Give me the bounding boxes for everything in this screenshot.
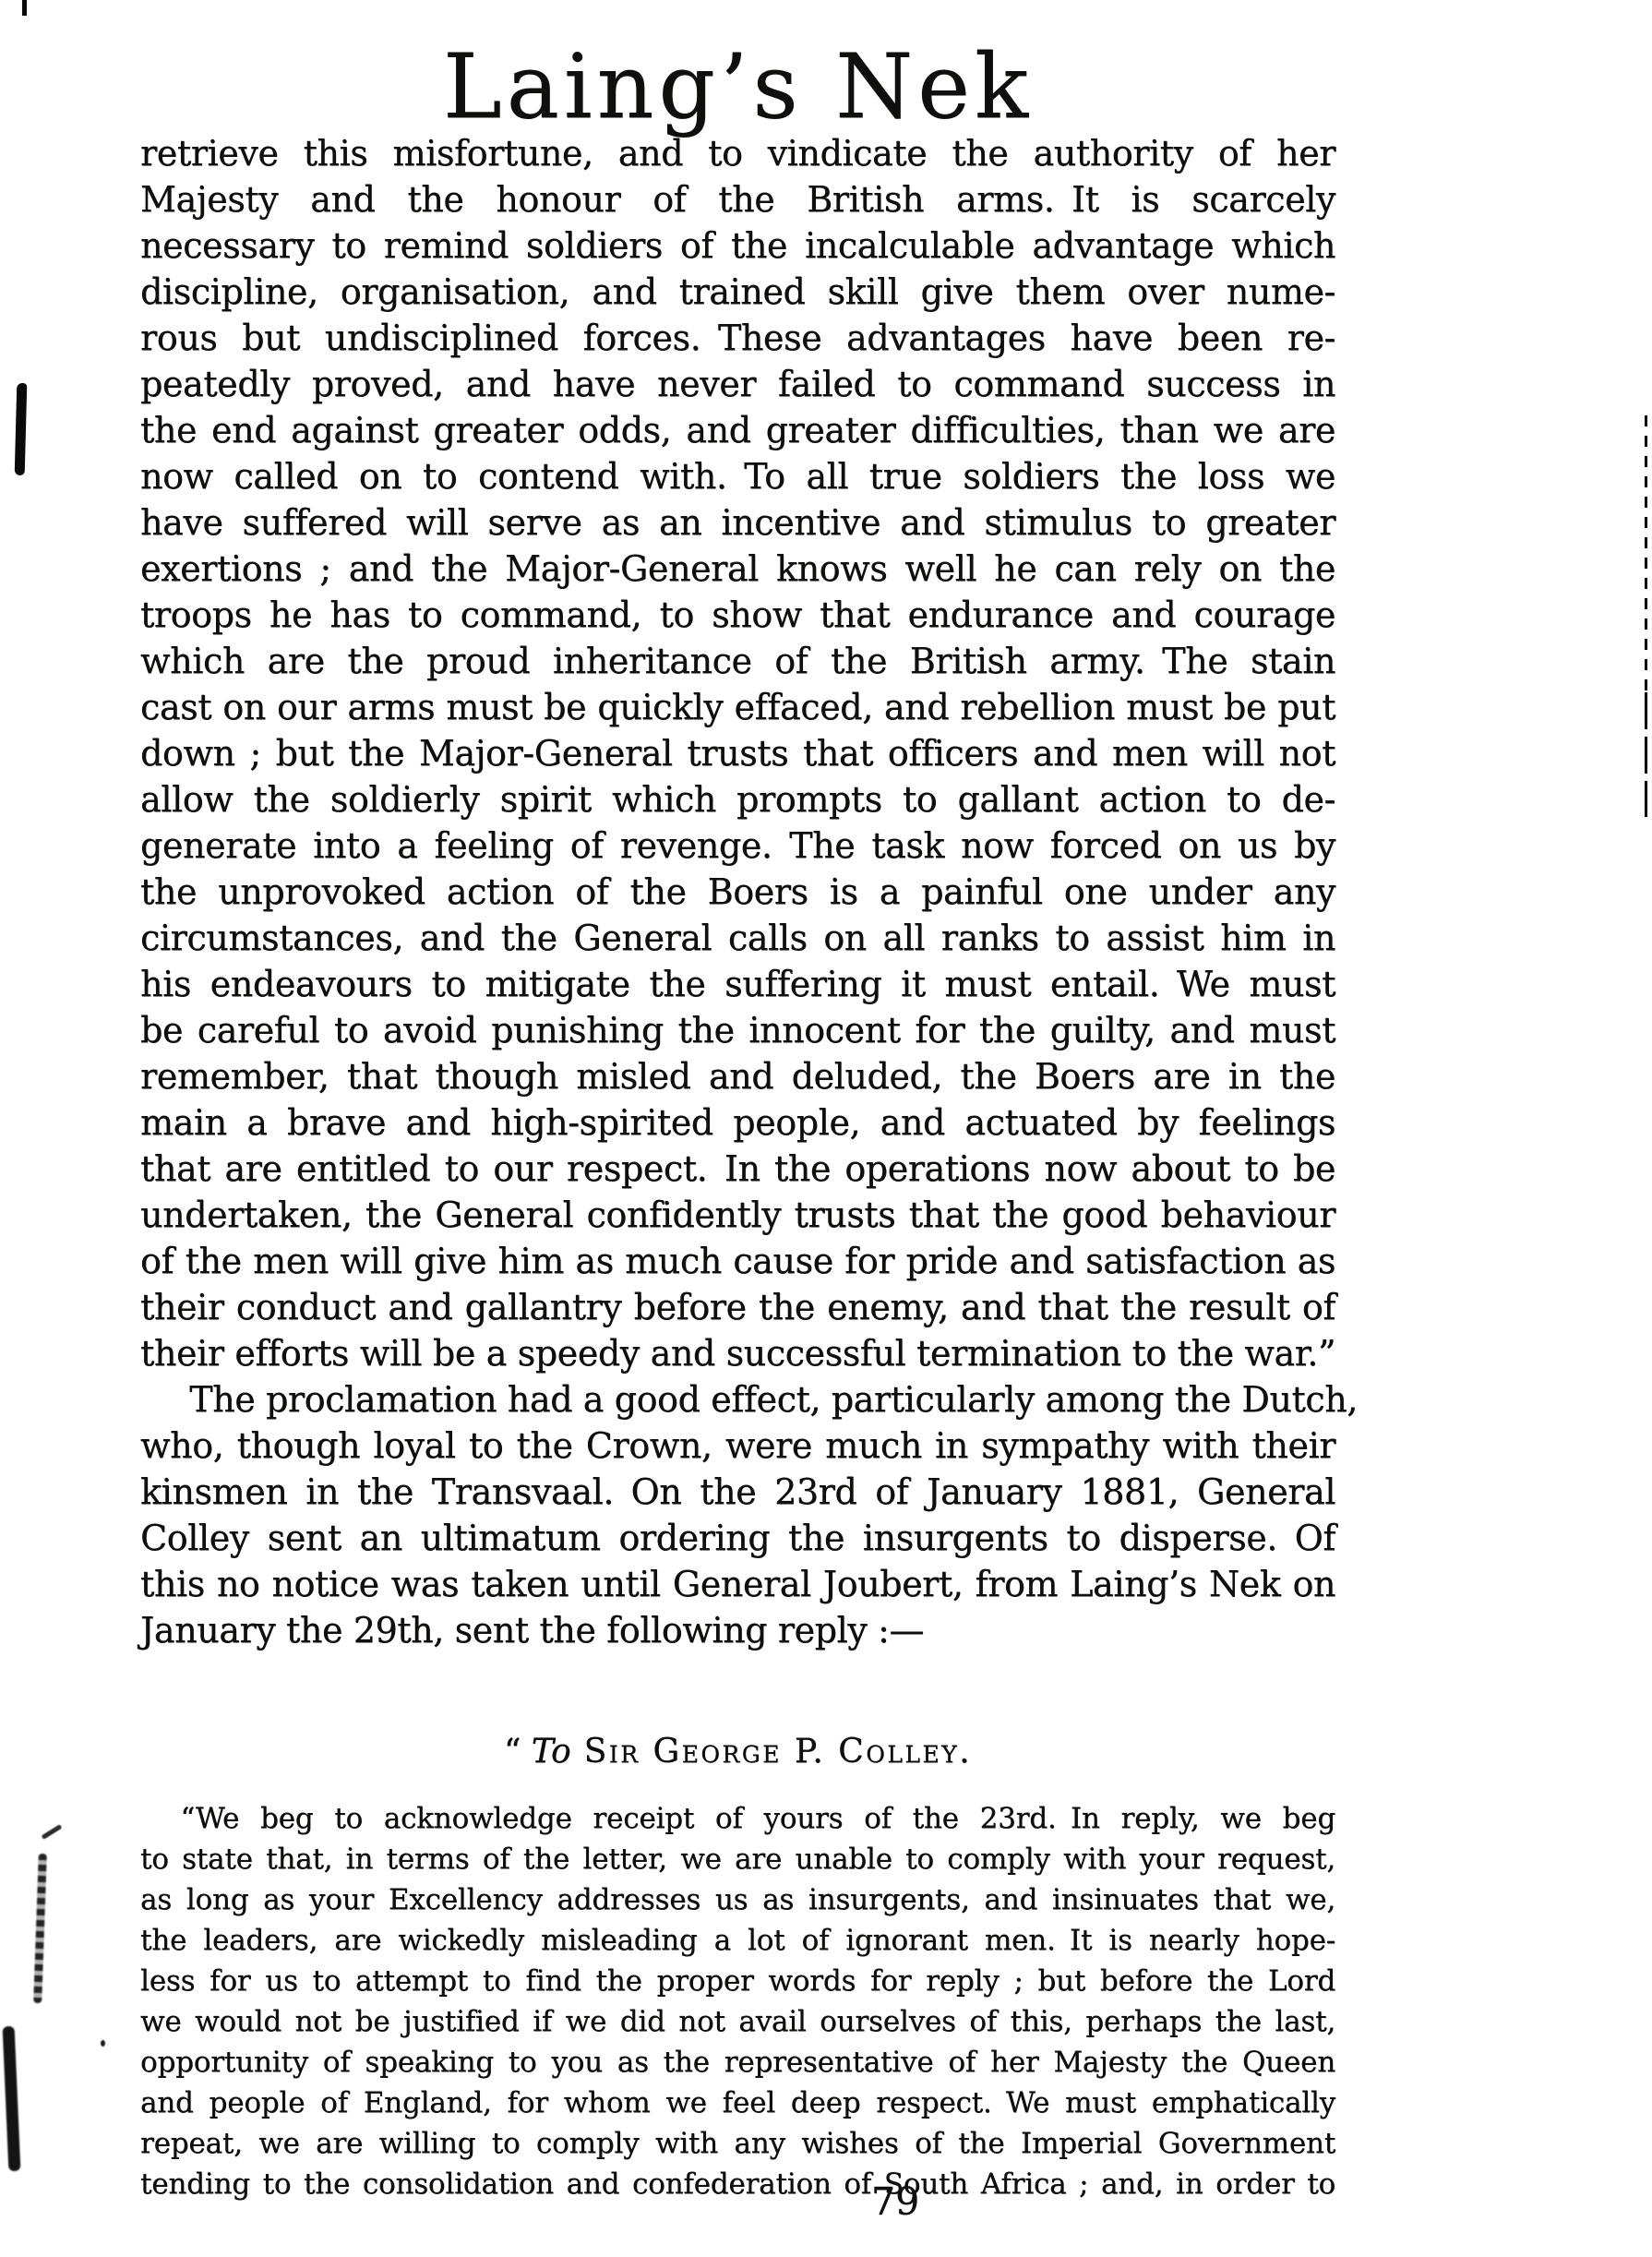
scan-artifact-right-edge-line: [1645, 692, 1647, 817]
text-line: down ; but the Major-General trusts that…: [140, 730, 1335, 776]
page-number: 79: [738, 2180, 1052, 2223]
text-line: the unprovoked action of the Boers is a …: [140, 869, 1335, 915]
text-line: less for us to attempt to find the prope…: [140, 1961, 1335, 2001]
text-line: opportunity of speaking to you as the re…: [140, 2042, 1335, 2083]
text-line: repeat, we are willing to comply with an…: [140, 2123, 1335, 2164]
text-line: their conduct and gallantry before the e…: [140, 1284, 1335, 1330]
text-line: who, though loyal to the Crown, were muc…: [140, 1423, 1335, 1469]
text-line: discipline, organisation, and trained sk…: [140, 269, 1335, 315]
text-line: rous but undisciplined forces. These adv…: [140, 315, 1335, 361]
text-line: be careful to avoid punishing the innoce…: [140, 1007, 1335, 1053]
text-line: January the 29th, sent the following rep…: [140, 1607, 1335, 1653]
page-title: Laing’s Nek: [140, 41, 1335, 133]
text-line: Colley sent an ultimatum ordering the in…: [140, 1515, 1335, 1561]
text-line: as long as your Excellency addresses us …: [140, 1879, 1335, 1920]
text-line: his endeavours to mitigate the suffering…: [140, 961, 1335, 1007]
opening-quote-mark: “: [504, 1733, 532, 1771]
text-line: their efforts will be a speedy and succe…: [140, 1330, 1335, 1376]
text-line: this no notice was taken until General J…: [140, 1561, 1335, 1607]
text-line: peatedly proved, and have never failed t…: [140, 361, 1335, 407]
text-line: The proclamation had a good effect, part…: [140, 1376, 1335, 1423]
text-line: which are the proud inheritance of the B…: [140, 638, 1335, 684]
letter-salutation-name: Sir George P. Colley.: [571, 1733, 973, 1771]
text-line: to state that, in terms of the letter, w…: [140, 1839, 1335, 1879]
text-line: the end against greater odds, and greate…: [140, 407, 1335, 453]
text-line: cast on our arms must be quickly effaced…: [140, 684, 1335, 730]
text-line: “We beg to acknowledge receipt of yours …: [140, 1798, 1335, 1839]
text-line: circumstances, and the General calls on …: [140, 915, 1335, 961]
text-line: main a brave and high-spirited people, a…: [140, 1099, 1335, 1146]
scan-artifact-right-edge-dotted-line: [1645, 415, 1647, 692]
text-line: generate into a feeling of revenge. The …: [140, 822, 1335, 869]
scan-artifact-ink-dot: [101, 2040, 105, 2047]
text-line: remember, that though misled and deluded…: [140, 1053, 1335, 1099]
text-line: of the men will give him as much cause f…: [140, 1238, 1335, 1284]
scan-artifact-margin-smudge-upper: [33, 1854, 47, 2003]
text-line: that are entitled to our respect. In the…: [140, 1146, 1335, 1192]
text-line: exertions ; and the Major-General knows …: [140, 546, 1335, 592]
text-line: necessary to remind soldiers of the inca…: [140, 222, 1335, 269]
text-line: undertaken, the General confidently trus…: [140, 1192, 1335, 1238]
scanned-book-page: Laing’s Nek retrieve this misfortune, an…: [0, 0, 1652, 2257]
body-paragraph-proclamation: retrieve this misfortune, and to vindica…: [140, 130, 1335, 1376]
letter-salutation-to: To: [532, 1733, 571, 1771]
text-line: have suffered will serve as an incentive…: [140, 499, 1335, 546]
scan-artifact-margin-ink-stroke: [15, 383, 28, 475]
text-line: Majesty and the honour of the British ar…: [140, 176, 1335, 222]
letter-salutation: “ To Sir George P. Colley.: [140, 1734, 1335, 1771]
text-line: the leaders, are wickedly misleading a l…: [140, 1920, 1335, 1961]
scan-artifact-top-left-mark: [22, 0, 27, 16]
text-line: kinsmen in the Transvaal. On the 23rd of…: [140, 1469, 1335, 1515]
text-line: now called on to contend with. To all tr…: [140, 453, 1335, 499]
text-line: and people of England, for whom we feel …: [140, 2083, 1335, 2123]
body-paragraph-narrative: The proclamation had a good effect, part…: [140, 1376, 1335, 1653]
text-line: troops he has to command, to show that e…: [140, 592, 1335, 638]
text-line: we would not be justified if we did not …: [140, 2001, 1335, 2042]
text-line: allow the soldierly spirit which prompts…: [140, 776, 1335, 822]
letter-body: “We beg to acknowledge receipt of yours …: [140, 1798, 1335, 2204]
scan-artifact-margin-smudge-lower: [3, 2026, 21, 2171]
scan-artifact-pencil-tick: [41, 1824, 62, 1840]
text-line: retrieve this misfortune, and to vindica…: [140, 130, 1335, 176]
